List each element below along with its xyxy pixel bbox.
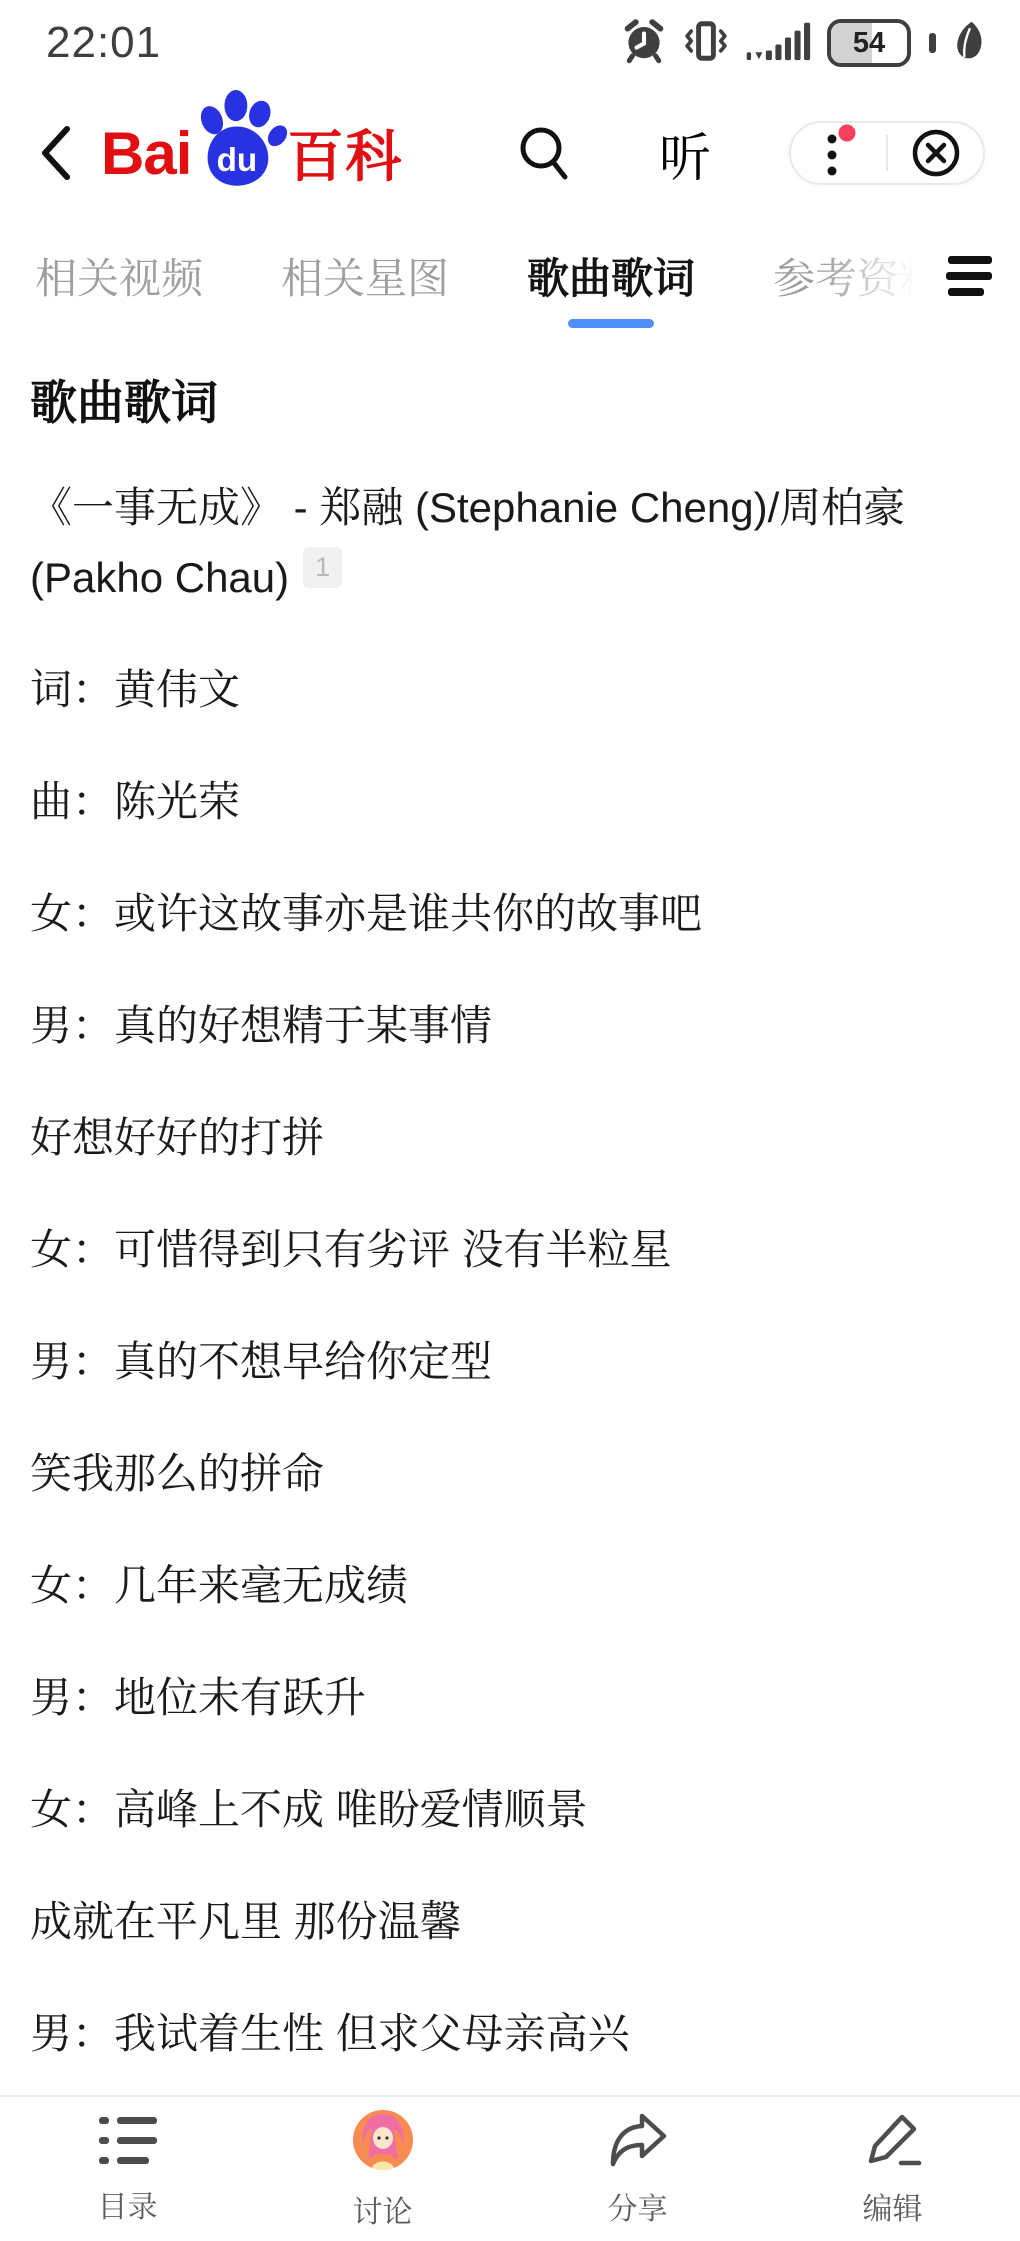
lyric-line: 女：几年来毫无成绩 — [30, 1551, 990, 1621]
lyric-line: 男：真的好想精于某事情 — [30, 991, 990, 1061]
nav-item-edit[interactable]: 编辑 — [765, 2111, 1020, 2228]
clock-time: 22:01 — [46, 18, 161, 68]
tab-bar: 相关视频 相关星图 歌曲歌词 参考资料 — [0, 220, 1020, 332]
tab-references[interactable]: 参考资料 — [773, 246, 941, 306]
edit-pencil-icon — [863, 2111, 923, 2174]
svg-text:du: du — [217, 142, 258, 179]
lyric-line: 男：真的不想早给你定型 — [30, 1327, 990, 1397]
tab-related-starmap[interactable]: 相关星图 — [281, 246, 449, 306]
tab-related-videos[interactable]: 相关视频 — [35, 246, 203, 306]
lyric-line: 成就在平凡里 那份温馨 — [30, 1887, 990, 1957]
catalog-list-icon — [97, 2113, 159, 2172]
power-save-leaf-icon — [954, 19, 986, 68]
lyric-line: 女：高峰上不成 唯盼爱情顺景 — [30, 1775, 990, 1845]
lyric-line: 曲：陈光荣 — [30, 767, 990, 837]
song-title: 《一事无成》 - 郑融 (Stephanie Cheng)/周柏豪 (Pakho… — [30, 473, 990, 613]
baidu-baike-logo[interactable]: Bai du 百科 — [101, 99, 403, 208]
battery-percent: 54 — [853, 27, 885, 60]
lyric-line: 词：黄伟文 — [30, 655, 990, 725]
discussion-avatar-icon — [351, 2108, 415, 2177]
logo-text-baike: 百科 — [287, 113, 403, 193]
baidu-paw-icon: du — [187, 89, 291, 198]
more-menu-button[interactable] — [791, 123, 886, 183]
vibrate-icon — [683, 17, 729, 70]
section-heading: 歌曲歌词 — [30, 366, 990, 433]
lyric-line: 笑我那么的拼命 — [30, 1439, 990, 1509]
share-icon — [608, 2111, 668, 2174]
back-button[interactable] — [35, 123, 75, 183]
battery-nub — [929, 33, 936, 53]
header: Bai du 百科 听 — [0, 86, 1020, 220]
status-bar: 22:01 — [0, 0, 1020, 86]
lyrics-section: 歌曲歌词 《一事无成》 - 郑融 (Stephanie Cheng)/周柏豪 (… — [0, 332, 1020, 2095]
signal-icon — [745, 18, 811, 69]
listen-button[interactable]: 听 — [659, 116, 711, 191]
lyric-line: 男：我试着生性 但求父母亲高兴 — [30, 1999, 990, 2069]
alarm-icon — [621, 17, 667, 70]
tab-song-lyrics[interactable]: 歌曲歌词 — [527, 246, 695, 306]
system-capsule — [789, 121, 985, 185]
lyric-line: 女：可惜得到只有劣评 没有半粒星 — [30, 1215, 990, 1285]
status-icons: 54 — [621, 17, 986, 70]
lyric-line: 好想好好的打拼 — [30, 1103, 990, 1173]
nav-label: 讨论 — [353, 2187, 413, 2231]
lyric-line: 女：或许这故事亦是谁共你的故事吧 — [30, 879, 990, 949]
logo-text-bai: Bai — [101, 119, 191, 188]
nav-item-discussion[interactable]: 讨论 — [255, 2108, 510, 2231]
nav-label: 目录 — [98, 2182, 158, 2226]
lyric-line: 男：地位未有跃升 — [30, 1663, 990, 1733]
nav-item-catalog[interactable]: 目录 — [0, 2113, 255, 2226]
nav-label: 分享 — [608, 2184, 668, 2228]
search-icon[interactable] — [517, 124, 571, 182]
reference-badge[interactable]: 1 — [303, 547, 342, 588]
close-button[interactable] — [888, 123, 983, 183]
battery-icon: 54 — [827, 19, 911, 67]
nav-label: 编辑 — [863, 2184, 923, 2228]
bottom-nav: 目录 讨论 分享 — [0, 2095, 1020, 2241]
nav-item-share[interactable]: 分享 — [510, 2111, 765, 2228]
tab-list-expand-icon[interactable] — [940, 254, 994, 298]
